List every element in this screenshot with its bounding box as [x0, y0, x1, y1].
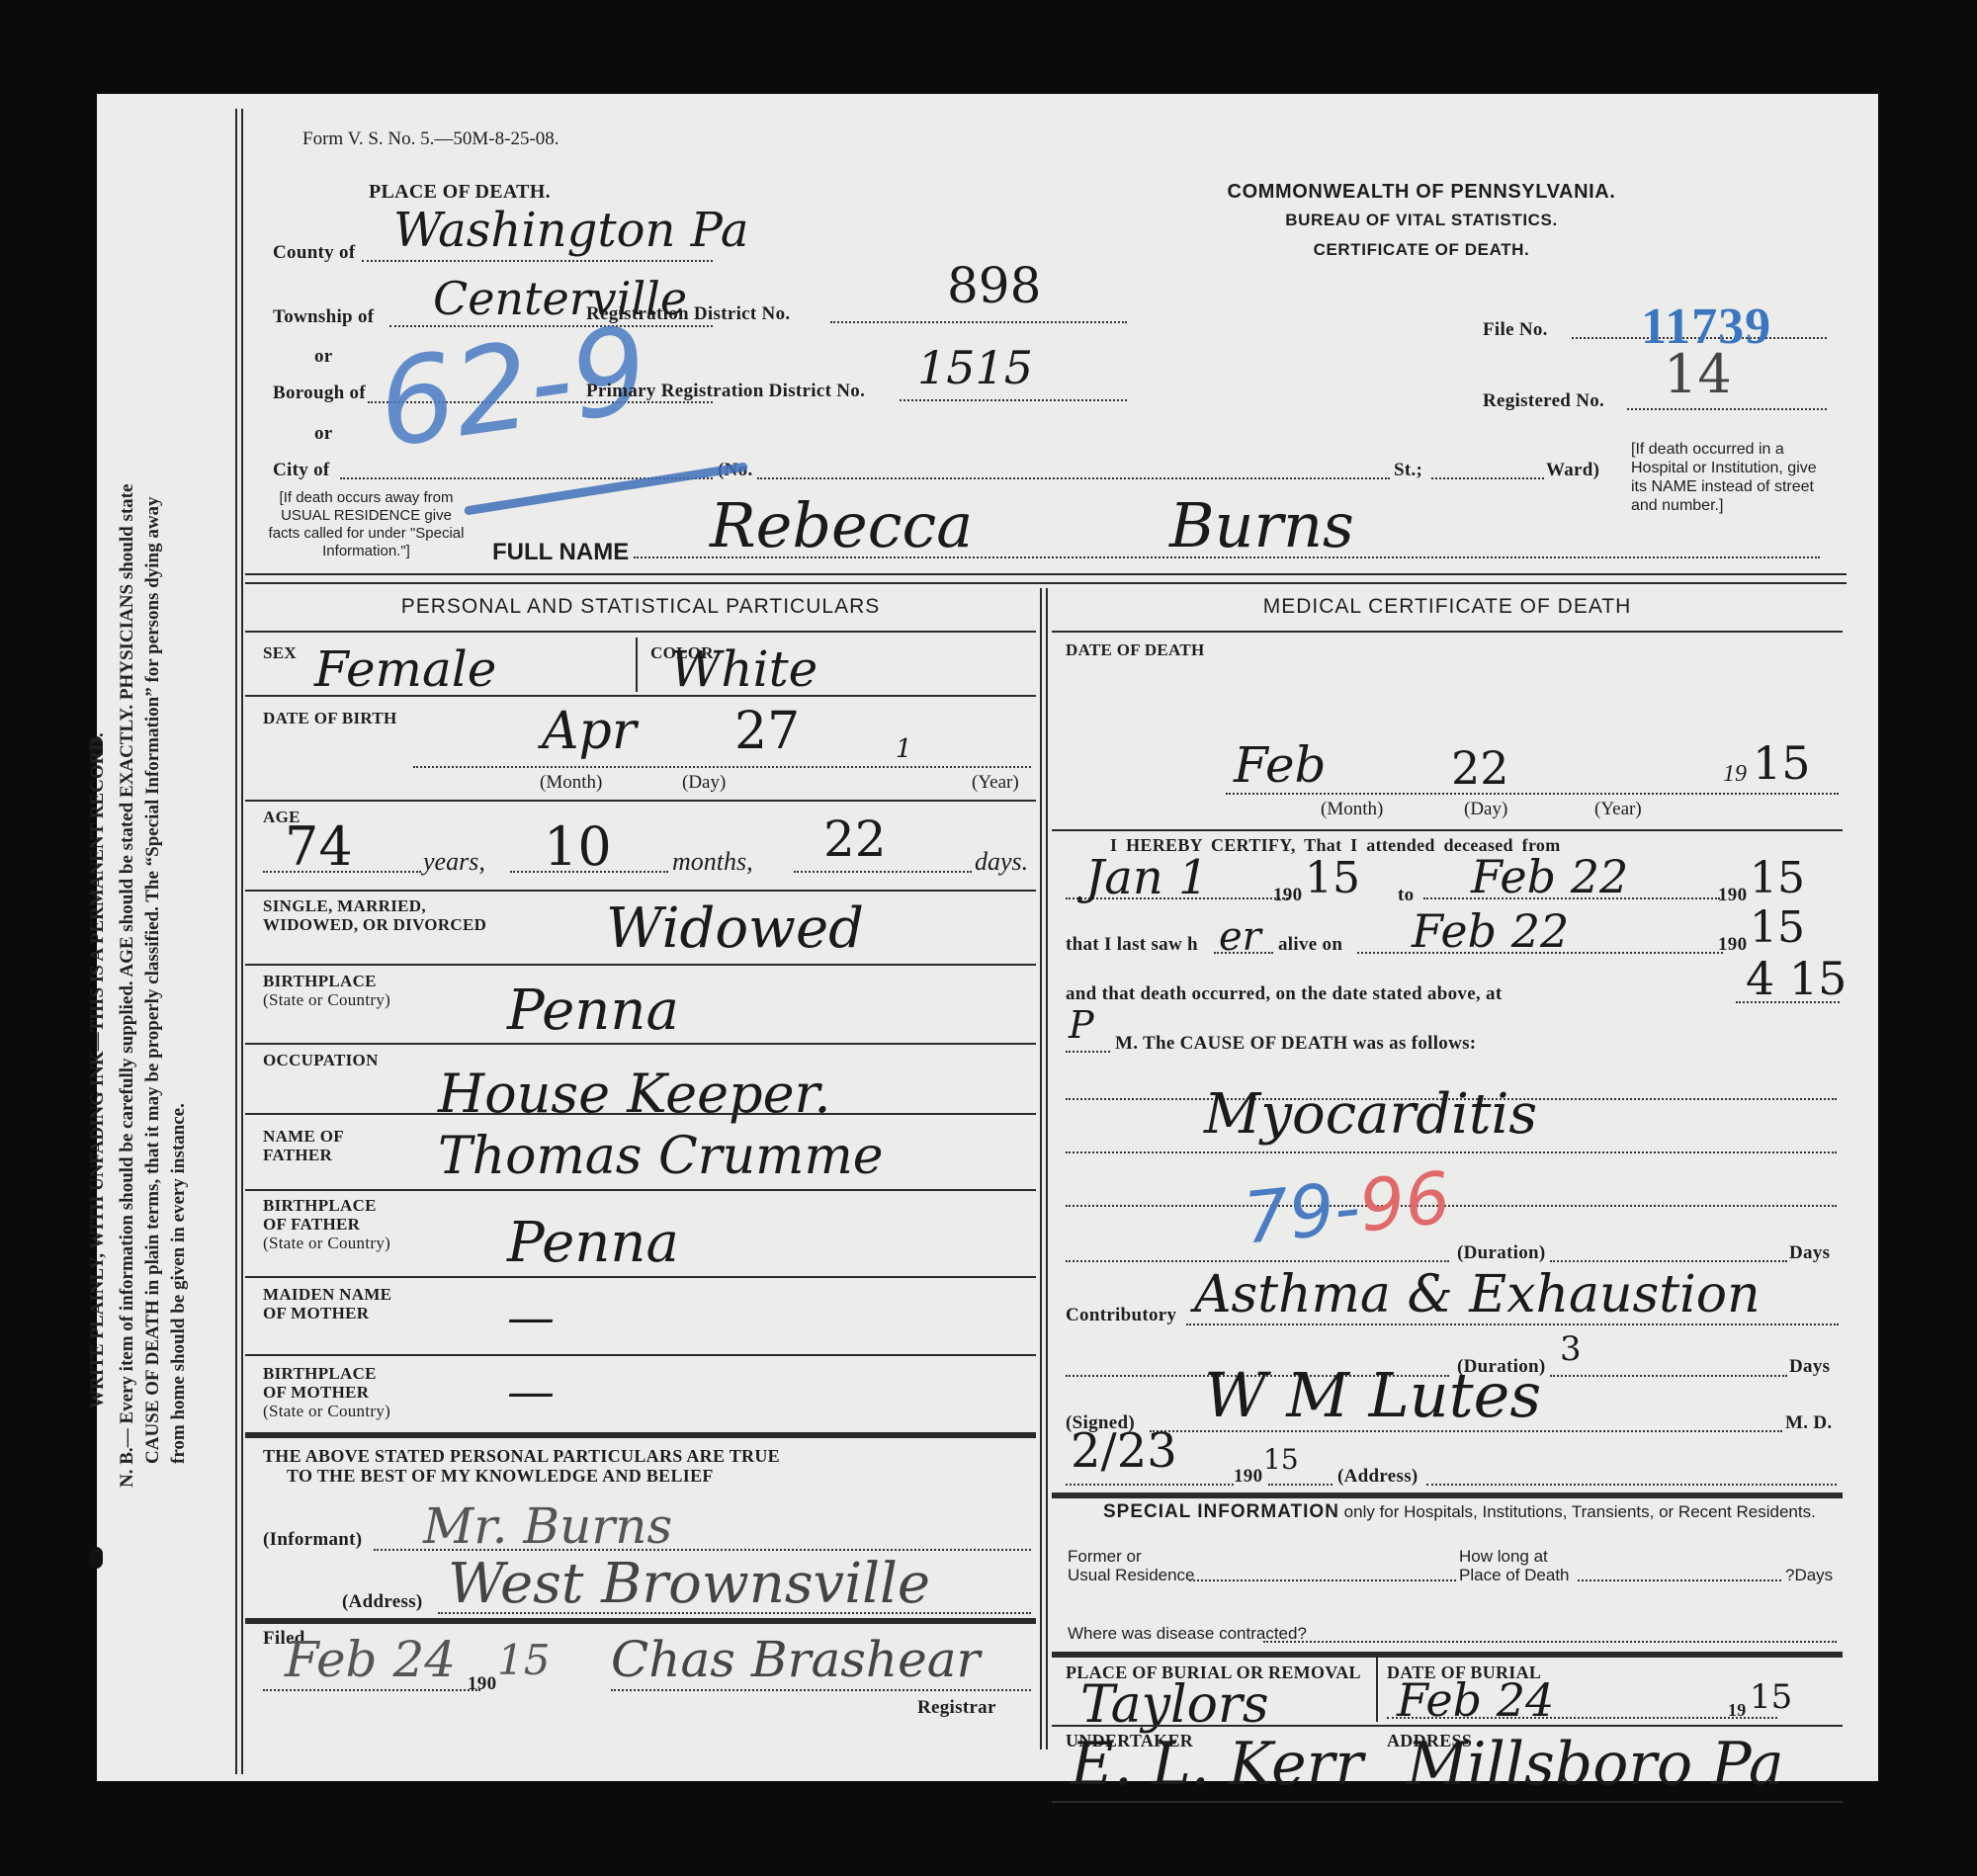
mother-bp-label-1: BIRTHPLACE: [263, 1364, 390, 1383]
undertaker-address[interactable]: Millsboro Pa: [1407, 1730, 1784, 1799]
father-label: NAME OF FATHER: [263, 1127, 344, 1164]
signed-year[interactable]: 15: [1263, 1443, 1299, 1476]
day-caption: (Day): [682, 772, 726, 794]
cause-label: M. The CAUSE OF DEATH was as follows:: [1115, 1033, 1476, 1055]
sex-label: SEX: [263, 643, 297, 663]
dod-label: DATE OF DEATH: [1066, 640, 1205, 660]
mother-birthplace-value[interactable]: —: [507, 1364, 555, 1419]
father-bp-label-2: OF FATHER: [263, 1215, 390, 1234]
county-value[interactable]: Washington Pa: [393, 203, 748, 258]
father-label-1: NAME OF: [263, 1127, 344, 1146]
informant-label: (Informant): [263, 1529, 362, 1551]
registered-no-label: Registered No.: [1483, 390, 1604, 412]
away-note: [If death occurs away from USUAL RESIDEN…: [265, 489, 468, 560]
pencil-code: 79-96: [1240, 1155, 1454, 1259]
year-prefix: 190: [1234, 1466, 1262, 1488]
dod-year-prefix: 19: [1723, 761, 1747, 788]
registered-no-value[interactable]: 14: [1664, 343, 1732, 405]
year-caption: (Year): [1594, 799, 1642, 820]
nb-note: N. B.— Every item of information should …: [115, 484, 192, 1488]
place-of-death-title: PLACE OF DEATH.: [369, 181, 551, 204]
year-caption: (Year): [972, 772, 1019, 794]
registrar-label: Registrar: [917, 1697, 996, 1719]
commonwealth-header: COMMONWEALTH OF PENNSYLVANIA.: [1145, 181, 1698, 204]
month-caption: (Month): [540, 772, 602, 794]
dob-label: DATE OF BIRTH: [263, 709, 397, 728]
special-title: SPECIAL INFORMATION: [1066, 1501, 1339, 1522]
attended-to[interactable]: Feb 22: [1471, 850, 1628, 903]
dod-day[interactable]: 22: [1451, 741, 1509, 795]
mother-value[interactable]: —: [507, 1290, 555, 1345]
month-caption: (Month): [1321, 799, 1383, 820]
informant-value[interactable]: Mr. Burns: [423, 1497, 672, 1555]
contributory-label: Contributory: [1066, 1305, 1176, 1326]
attest-line-2: TO THE BEST OF MY KNOWLEDGE AND BELIEF: [263, 1466, 780, 1486]
birthplace-label-1: BIRTHPLACE: [263, 972, 390, 990]
undertaker-value[interactable]: E. L. Kerr: [1071, 1730, 1363, 1799]
attest-line-1: THE ABOVE STATED PERSONAL PARTICULARS AR…: [263, 1446, 780, 1466]
or-label: or: [314, 423, 333, 445]
attestation: THE ABOVE STATED PERSONAL PARTICULARS AR…: [263, 1446, 780, 1486]
informant-address[interactable]: West Brownsville: [448, 1552, 930, 1616]
how-long-1: How long at: [1459, 1547, 1570, 1566]
attended-from-year[interactable]: 15: [1305, 853, 1360, 903]
contributory-duration[interactable]: 3: [1560, 1329, 1582, 1369]
write-plainly-note: WRITE PLAINLY, WITH UNFADING INK—THIS IS…: [87, 732, 109, 1408]
last-saw-pronoun[interactable]: er: [1219, 914, 1261, 960]
mother-label-1: MAIDEN NAME: [263, 1285, 391, 1304]
death-time[interactable]: 4 15: [1746, 952, 1847, 1005]
address-label: (Address): [342, 1591, 423, 1613]
full-name-first[interactable]: Rebecca: [710, 489, 973, 561]
age-years[interactable]: 74: [285, 815, 353, 878]
former-1: Former or: [1068, 1547, 1195, 1566]
county-label: County of: [273, 242, 355, 264]
meridiem[interactable]: P: [1069, 1003, 1094, 1047]
age-days[interactable]: 22: [823, 810, 887, 868]
father-birthplace-value[interactable]: Penna: [507, 1211, 679, 1275]
full-name-label: FULL NAME: [492, 539, 629, 566]
state-or-country: (State or Country): [263, 990, 390, 1009]
mother-bp-label-2: OF MOTHER: [263, 1383, 390, 1402]
primary-reg-label: Primary Registration District No.: [586, 381, 865, 402]
years-label: years,: [423, 847, 485, 877]
alive-on-year[interactable]: 15: [1750, 902, 1805, 953]
mother-birthplace-label: BIRTHPLACE OF MOTHER (State or Country): [263, 1364, 390, 1420]
bureau-header: BUREAU OF VITAL STATISTICS.: [1145, 211, 1698, 230]
day-caption: (Day): [1464, 799, 1507, 820]
contributory-value[interactable]: Asthma & Exhaustion: [1194, 1265, 1761, 1324]
marital-label: SINGLE, MARRIED, WIDOWED, OR DIVORCED: [263, 896, 486, 934]
primary-reg-value[interactable]: 1515: [917, 341, 1033, 394]
mother-label-2: OF MOTHER: [263, 1304, 391, 1322]
physician-address-label: (Address): [1337, 1466, 1418, 1488]
months-label: months,: [672, 847, 753, 877]
borough-label: Borough of: [273, 383, 366, 404]
father-value[interactable]: Thomas Crumme: [438, 1127, 884, 1186]
year-prefix: 190: [1718, 885, 1747, 906]
ward-label: Ward): [1546, 460, 1599, 481]
township-label: Township of: [273, 306, 374, 328]
burial-year[interactable]: 15: [1750, 1677, 1792, 1717]
state-or-country: (State or Country): [263, 1402, 390, 1420]
father-bp-label-1: BIRTHPLACE: [263, 1196, 390, 1215]
filed-date[interactable]: Feb 24: [285, 1631, 456, 1688]
days-label: days.: [975, 847, 1028, 877]
signed-date[interactable]: 2/23: [1071, 1423, 1177, 1479]
registrar-signature[interactable]: Chas Brashear: [611, 1631, 980, 1688]
mother-label: MAIDEN NAME OF MOTHER: [263, 1285, 391, 1322]
personal-title: PERSONAL AND STATISTICAL PARTICULARS: [245, 595, 1036, 619]
father-birthplace-label: BIRTHPLACE OF FATHER (State or Country): [263, 1196, 390, 1252]
reg-district-label: Registration District No.: [586, 303, 790, 325]
form-number: Form V. S. No. 5.—50M-8-25-08.: [302, 128, 559, 150]
father-label-2: FATHER: [263, 1146, 344, 1164]
pencil-code-blue: 79-: [1240, 1165, 1364, 1260]
dod-year[interactable]: 15: [1753, 736, 1811, 790]
how-long-2: Place of Death: [1459, 1566, 1570, 1584]
marital-value[interactable]: Widowed: [606, 896, 864, 961]
marital-label-2: WIDOWED, OR DIVORCED: [263, 915, 486, 934]
dob-year[interactable]: 1: [896, 734, 912, 764]
margin-rule: [235, 109, 237, 1774]
former-residence-label: Former or Usual Residence: [1068, 1547, 1195, 1584]
burial-year-prefix: 19: [1728, 1700, 1747, 1721]
margin-rule: [241, 109, 243, 1774]
special-title-rest: only for Hospitals, Institutions, Transi…: [1344, 1502, 1816, 1521]
reg-district-value[interactable]: 898: [947, 257, 1041, 314]
duration-label: (Duration): [1457, 1242, 1546, 1264]
or-label: or: [314, 346, 333, 368]
full-name-last[interactable]: Burns: [1169, 489, 1354, 561]
birthplace-value[interactable]: Penna: [507, 979, 679, 1043]
dod-month[interactable]: Feb: [1234, 736, 1327, 794]
attended-to-year[interactable]: 15: [1750, 853, 1805, 903]
st-label: St.;: [1394, 460, 1422, 481]
days-label: Days: [1789, 1242, 1830, 1264]
physician-signature[interactable]: W M Lutes: [1204, 1359, 1541, 1431]
alive-on-label: alive on: [1278, 934, 1342, 956]
medical-title: MEDICAL CERTIFICATE OF DEATH: [1052, 595, 1843, 619]
alive-on-date[interactable]: Feb 22: [1412, 904, 1569, 958]
md-label: M. D.: [1785, 1412, 1832, 1434]
occupation-value[interactable]: House Keeper.: [438, 1063, 831, 1125]
how-long-label: How long at Place of Death: [1459, 1547, 1570, 1584]
filed-year[interactable]: 15: [497, 1636, 550, 1684]
last-saw-label: that I last saw h: [1066, 934, 1198, 956]
nb-line-1: N. B.— Every item of information should …: [115, 484, 140, 1488]
birthplace-label: BIRTHPLACE (State or Country): [263, 972, 390, 1009]
file-no-label: File No.: [1483, 319, 1548, 341]
cause-value[interactable]: Myocarditis: [1204, 1082, 1537, 1147]
hospital-note: [If death occurred in a Hospital or Inst…: [1631, 440, 1829, 515]
death-occurred-text: and that death occurred, on the date sta…: [1066, 983, 1502, 1005]
age-months[interactable]: 10: [544, 815, 612, 878]
punch-hole: [89, 1547, 103, 1569]
burial-date-value[interactable]: Feb 24: [1397, 1673, 1554, 1727]
occupation-label: OCCUPATION: [263, 1051, 379, 1070]
former-2: Usual Residence: [1068, 1566, 1195, 1584]
color-value[interactable]: White: [670, 640, 817, 698]
state-or-country: (State or Country): [263, 1234, 390, 1252]
year-prefix: 190: [1273, 885, 1302, 906]
filed-year-prefix: 190: [468, 1673, 496, 1695]
to-label: to: [1398, 885, 1414, 906]
certificate-header: CERTIFICATE OF DEATH.: [1145, 240, 1698, 260]
special-info: SPECIAL INFORMATION only for Hospitals, …: [1066, 1502, 1837, 1522]
attended-from[interactable]: Jan 1: [1085, 850, 1209, 905]
death-certificate: N. B.— Every item of information should …: [97, 94, 1878, 1781]
days-question: ?Days: [1785, 1566, 1833, 1585]
nb-line-3: from home should be given in every insta…: [166, 484, 192, 1488]
days-label: Days: [1789, 1356, 1830, 1378]
nb-line-2: CAUSE OF DEATH in plain terms, that it m…: [140, 484, 166, 1488]
dob-day[interactable]: 27: [734, 702, 800, 761]
marital-label-1: SINGLE, MARRIED,: [263, 896, 486, 915]
sex-value[interactable]: Female: [314, 640, 496, 698]
dob-month[interactable]: Apr: [542, 702, 637, 761]
year-prefix: 190: [1718, 934, 1747, 956]
pencil-underline: [464, 462, 748, 515]
city-label: City of: [273, 460, 330, 481]
pencil-code-red: 96: [1355, 1155, 1454, 1247]
